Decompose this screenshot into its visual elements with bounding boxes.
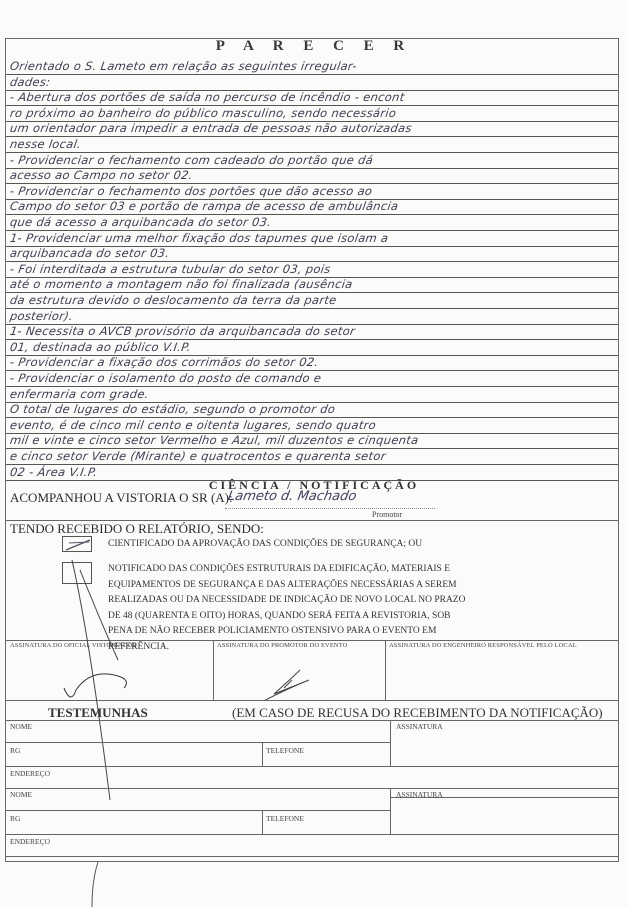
official-signature-label: ASSINATURA DO OFICIAL VISTORIADOR: [10, 642, 137, 649]
handwritten-line[interactable]: dades:: [9, 75, 611, 89]
handwritten-line[interactable]: até o momento a montagem não foi finaliz…: [9, 277, 611, 291]
handwritten-line[interactable]: ro próximo ao banheiro do público mascul…: [9, 106, 611, 120]
handwritten-line[interactable]: posterior).: [9, 309, 611, 323]
promotor-label: Promotor: [372, 510, 402, 519]
promoter-signature-field[interactable]: [214, 650, 384, 700]
handwritten-line[interactable]: O total de lugares do estádio, segundo o…: [9, 402, 611, 416]
notification-text-line: DE 48 (QUARENTA E OITO) HORAS, QUANDO SE…: [108, 609, 465, 625]
witness-name-field[interactable]: [6, 730, 389, 742]
witnesses-subtitle: (EM CASO DE RECUSA DO RECEBIMENTO DA NOT…: [232, 705, 603, 721]
accompanied-name-field[interactable]: Lameto d. Machado: [227, 489, 430, 504]
promoter-signature-icon: [214, 650, 384, 700]
divider: [6, 640, 618, 641]
witness-signature-label: ASSINATURA: [396, 790, 443, 799]
handwritten-line[interactable]: 1- Necessita o AVCB provisório da arquib…: [9, 324, 611, 338]
handwritten-line[interactable]: mil e vinte e cinco setor Vermelho e Azu…: [9, 433, 611, 447]
divider: [6, 856, 618, 857]
handwritten-line[interactable]: da estrutura devido o deslocamento da te…: [9, 293, 611, 307]
notification-text-line: REALIZADAS OU DA NECESSIDADE DE INDICAÇÃ…: [108, 593, 465, 609]
approval-option-text: CIENTIFICADO DA APROVAÇÃO DAS CONDIÇÕES …: [108, 537, 422, 553]
witness-signature-field[interactable]: [391, 800, 617, 834]
notification-checkbox[interactable]: [62, 562, 92, 584]
handwritten-line[interactable]: arquibancada do setor 03.: [9, 246, 611, 260]
witness-phone-field[interactable]: [263, 754, 389, 766]
divider: [6, 766, 618, 767]
handwritten-line[interactable]: enfermaria com grade.: [9, 387, 611, 401]
handwritten-line[interactable]: 1- Providenciar uma melhor fixação dos t…: [9, 231, 611, 245]
divider: [6, 810, 390, 811]
witness-name-field[interactable]: [6, 798, 389, 810]
official-signature-field[interactable]: [6, 650, 212, 700]
witness-address-field[interactable]: [6, 776, 618, 788]
divider: [6, 788, 618, 789]
divider: [6, 720, 618, 721]
witness-address-field[interactable]: [6, 844, 618, 856]
handwritten-line[interactable]: um orientador para impedir a entrada de …: [9, 121, 611, 135]
handwritten-line[interactable]: evento, é de cinco mil cento e oitenta l…: [9, 418, 611, 432]
notification-text-line: PENA DE NÃO RECEBER POLICIAMENTO OSTENSI…: [108, 624, 465, 640]
handwritten-line[interactable]: e cinco setor Verde (Mirante) e quatroce…: [9, 449, 611, 463]
check-mark-icon: [63, 537, 93, 553]
divider: [6, 742, 390, 743]
notification-text-line: NOTIFICADO DAS CONDIÇÕES ESTRUTURAIS DA …: [108, 562, 465, 578]
handwritten-line[interactable]: que dá acesso a arquibancada do setor 03…: [9, 215, 611, 229]
witness-rg-field[interactable]: [6, 754, 261, 766]
handwritten-line[interactable]: Campo do setor 03 e portão de rampa de a…: [9, 199, 611, 213]
witnesses-title: TESTEMUNHAS: [48, 705, 148, 721]
witness-signature-field[interactable]: [391, 732, 617, 766]
handwritten-line[interactable]: - Providenciar o fechamento com cadeado …: [9, 153, 611, 167]
divider: [6, 700, 618, 701]
accompanied-underline: [225, 508, 435, 509]
handwritten-line[interactable]: - Abertura dos portões de saída no percu…: [9, 90, 611, 104]
engineer-signature-label: ASSINATURA DO ENGENHEIRO RESPONSÁVEL PEL…: [389, 642, 577, 649]
approval-checkbox[interactable]: [62, 536, 92, 552]
handwritten-line[interactable]: - Providenciar a fixação dos corrimãos d…: [9, 355, 611, 369]
witness-signature-label: ASSINATURA: [396, 722, 443, 731]
witness-rg-field[interactable]: [6, 822, 261, 834]
handwritten-line[interactable]: 02 - Área V.I.P.: [9, 465, 611, 479]
handwritten-line[interactable]: 01, destinada ao público V.I.P.: [9, 340, 611, 354]
handwritten-line[interactable]: nesse local.: [9, 137, 611, 151]
handwritten-line[interactable]: acesso ao Campo no setor 02.: [9, 168, 611, 182]
received-heading: TENDO RECEBIDO O RELATÓRIO, SENDO:: [10, 521, 264, 537]
promoter-signature-label: ASSINATURA DO PROMOTOR DO EVENTO: [217, 642, 347, 649]
accompanied-label: ACOMPANHOU A VISTORIA O SR (A):: [10, 490, 233, 506]
official-signature-icon: [6, 650, 212, 700]
handwritten-line[interactable]: - Providenciar o isolamento do posto de …: [9, 371, 611, 385]
divider: [6, 834, 618, 835]
notification-text-line: EQUIPAMENTOS DE SEGURANÇA E DAS ALTERAÇÕ…: [108, 578, 465, 594]
handwritten-line[interactable]: - Providenciar o fechamento dos portões …: [9, 184, 611, 198]
handwritten-line[interactable]: Orientado o S. Lameto em relação as segu…: [9, 59, 611, 73]
witness-phone-field[interactable]: [263, 822, 389, 834]
page-title: P A R E C E R: [0, 38, 628, 55]
engineer-signature-field[interactable]: [386, 650, 618, 700]
handwritten-line[interactable]: - Foi interditada a estrutura tubular do…: [9, 262, 611, 276]
